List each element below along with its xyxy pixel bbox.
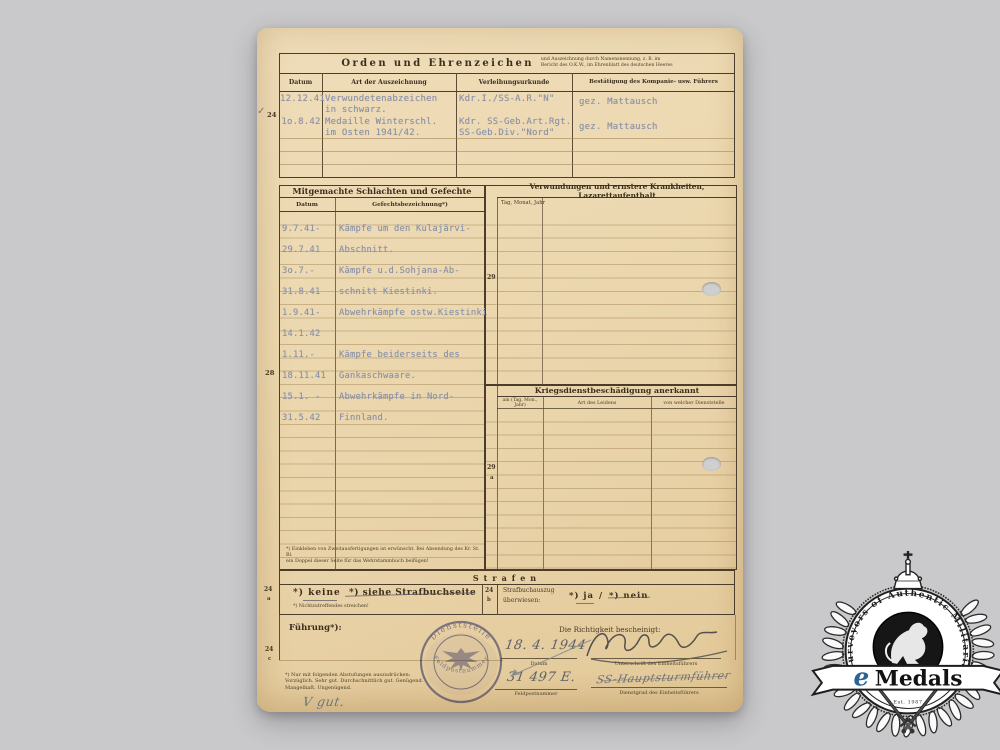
rank-label: Dienstgrad des Einheitsführers: [591, 690, 727, 696]
orders-col-bestaetigung: Bestätigung des Kompanie- usw. Führers: [572, 75, 735, 89]
pencil-arrow: [503, 636, 595, 682]
keine-option: *) keine: [293, 588, 341, 598]
battles-col-datum: Datum: [279, 199, 335, 210]
ja-underline: [576, 603, 594, 604]
signature-label: Unterschrift des Einheitsführers: [591, 661, 721, 667]
conduct-right-border: [735, 615, 736, 660]
orders-title-row: Orden und Ehrenzeichen und Auszeichnung …: [279, 53, 735, 74]
battles-entries: 9.7.41-Kämpfe um den Kulajärvi- 29.7.41A…: [282, 214, 482, 434]
orders-row-art: Medaille Winterschl. im Osten 1941/42.: [325, 117, 437, 140]
margin-number-24b-sub: b: [487, 597, 491, 603]
wounds-title: Verwundungen und ernstere Krankheiten, L…: [497, 185, 737, 198]
orders-row-urkunde: Kdr. SS-Geb.Art.Rgt. SS-Geb.Div."Nord": [459, 117, 571, 140]
punishments-title: Strafen: [473, 573, 541, 583]
rank-writing-line: [591, 687, 727, 688]
brand-medals: Medals: [875, 667, 963, 692]
margin-number-29a-sub: a: [490, 475, 494, 481]
punishments-footnote: *) Nichtzutreffendes streichen!: [293, 604, 369, 609]
battle-date: 29.7.41: [282, 245, 339, 255]
punishments-divider-1: [482, 585, 483, 615]
fuehrung-label: Führung*):: [289, 623, 342, 633]
photograph-scene: Orden und Ehrenzeichen und Auszeichnung …: [0, 0, 1000, 750]
battle-date: 1.9.41-: [282, 308, 339, 318]
emedals-watermark-logo: Purveyors of Authentic Militaria: [808, 548, 1000, 750]
battle-date: 1.11.-: [282, 350, 339, 360]
margin-number-24: 24: [267, 111, 276, 119]
margin-number-28: 28: [265, 369, 274, 377]
battle-text: Gankaschwaare.: [339, 371, 416, 381]
injury-title: Kriegsdienstbeschädigung anerkannt: [497, 385, 737, 397]
orders-row-bestaetigung: gez. Mattausch: [579, 97, 658, 107]
injury-col-am: am (Tag, Mon., Jahr): [497, 398, 543, 408]
battle-text: Kämpfe beiderseits des: [339, 350, 460, 360]
pencil-checkmark: ✓: [257, 106, 265, 117]
battles-title: Mitgemachte Schlachten und Gefechte: [279, 185, 485, 198]
injury-ruled-area: [486, 409, 736, 569]
orders-row-art: Verwundetenabzeichen in schwarz.: [325, 94, 437, 117]
battles-col-gefecht: Gefechtsbezeichnung*): [335, 199, 485, 210]
orders-row-bestaetigung: gez. Mattausch: [579, 122, 658, 132]
punishments-divider-2: [497, 585, 498, 615]
battles-footnote: *) Einkleben von Zweitausfertigungen ist…: [286, 547, 480, 565]
pencil-conduct-note: V gut.: [302, 694, 346, 709]
hole-punch: [702, 457, 721, 471]
conduct-left-border: [279, 615, 280, 660]
unit-ink-stamp: Dienststelle Feldpostnummer: [415, 616, 507, 708]
battle-text: Kämpfe u.d.Sohjana-Ab-: [339, 266, 460, 276]
battle-text: Abwehrkämpfe in Nord-: [339, 392, 454, 402]
orders-title: Orden und Ehrenzeichen: [341, 58, 534, 69]
feldpostnummer-label: Feldpostnummer: [495, 691, 577, 697]
battle-date: 3o.7.-: [282, 266, 339, 276]
orders-title-note: und Auszeichnung durch Namensnennung, z.…: [541, 57, 673, 68]
margin-number-24c: 24: [265, 646, 273, 653]
orders-ruleline: [280, 151, 734, 152]
orders-header-underline: [279, 91, 735, 92]
orders-col-urkunde: Verleihungsurkunde: [456, 75, 572, 89]
strafbuchauszug-label-1: Strafbuchauszug: [503, 587, 555, 594]
margin-number-29: 29: [487, 274, 496, 281]
strafbuchauszug-label-2: überwiesen:: [503, 597, 540, 604]
margin-number-29a: 29: [487, 464, 496, 471]
crown-icon: [894, 551, 922, 589]
margin-number-24c-sub: c: [268, 656, 271, 662]
battle-date: 31.8.41: [282, 287, 339, 297]
orders-col-art: Art der Auszeichnung: [322, 75, 456, 89]
keine-underline: [303, 600, 337, 601]
injury-col-art: Art des Leidens: [543, 398, 651, 408]
battle-date: 14.1.42: [282, 329, 339, 339]
punishments-title-band: Strafen: [279, 570, 735, 585]
battle-date: 31.5.42: [282, 413, 339, 423]
wounds-subheader: Tag, Monat, Jahr: [501, 200, 545, 206]
battle-text: Abwehrkämpfe ostw.Kiestinki: [339, 308, 487, 318]
brand-e: e: [853, 663, 869, 692]
established-text: Est. 1987: [893, 699, 922, 705]
signature-writing-line: [591, 658, 721, 659]
ja-nein-slash: /: [599, 591, 602, 601]
orders-row-urkunde: Kdr.I./SS-A.R."N": [459, 94, 555, 105]
margin-number-24a-sub: a: [267, 596, 271, 602]
orders-ruleline: [280, 164, 734, 165]
orders-col-datum: Datum: [279, 75, 322, 89]
battle-text: Finnland.: [339, 413, 388, 423]
battle-text: Abschnitt.: [339, 245, 394, 255]
battle-date: 9.7.41-: [282, 224, 339, 234]
injury-col-dienststelle: von welcher Dienststelle: [651, 398, 737, 408]
orders-row-datum: 1o.8.42: [280, 117, 322, 127]
battle-text: schnitt Kiestinki.: [339, 287, 438, 297]
document-page: Orden und Ehrenzeichen und Auszeichnung …: [257, 28, 743, 712]
margin-number-24b: 24: [485, 587, 493, 594]
orders-row-datum: 12.12.41: [280, 94, 322, 104]
battle-text: Kämpfe um den Kulajärvi-: [339, 224, 471, 234]
battle-date: 18.11.41: [282, 371, 339, 381]
wounds-ruled-area: [486, 212, 736, 384]
ja-option: *) ja: [569, 591, 594, 601]
margin-number-24a: 24: [264, 586, 272, 593]
hole-punch: [702, 282, 721, 296]
feldpostnummer-writing-line: [495, 689, 577, 690]
battle-date: 15.1. -: [282, 392, 339, 402]
